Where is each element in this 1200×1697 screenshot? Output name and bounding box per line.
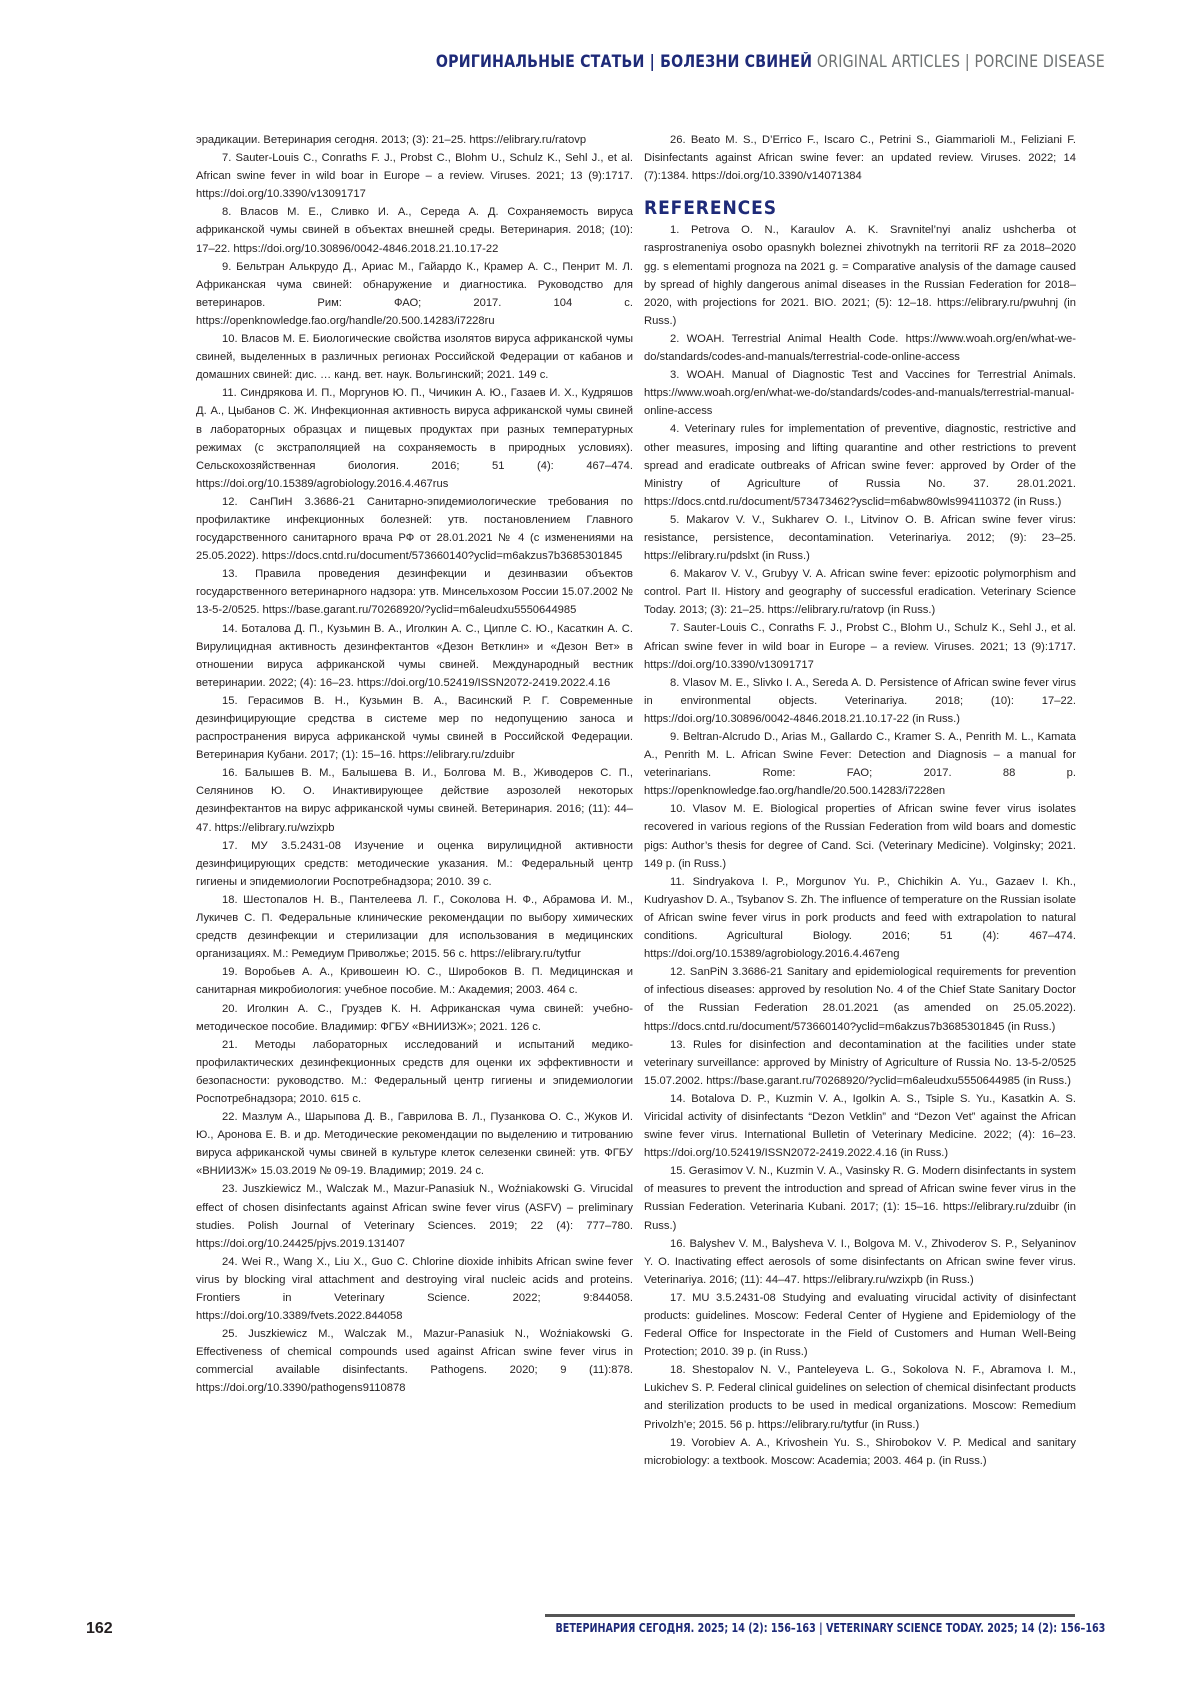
reference-item: 14. Botalova D. P., Kuzmin V. A., Igolki… xyxy=(644,1090,1076,1162)
reference-item: 9. Beltran-Alcrudo D., Arias M., Gallard… xyxy=(644,728,1076,800)
footer-divider xyxy=(545,1614,1075,1617)
reference-item: 10. Vlasov M. E. Biological properties o… xyxy=(644,800,1076,872)
reference-item: 1. Petrova O. N., Karaulov A. K. Sravnit… xyxy=(644,221,1076,330)
reference-item: 10. Власов М. Е. Биологические свойства … xyxy=(196,330,633,384)
page-number: 162 xyxy=(86,1620,113,1638)
reference-item: 19. Vorobiev A. A., Krivoshein Yu. S., S… xyxy=(644,1434,1076,1470)
reference-item: 8. Власов М. Е., Сливко И. А., Середа А.… xyxy=(196,203,633,257)
left-column: эрадикации. Ветеринария сегодня. 2013; (… xyxy=(196,131,633,1398)
reference-item: 5. Makarov V. V., Sukharev O. I., Litvin… xyxy=(644,511,1076,565)
reference-item: 16. Балышев В. М., Балышева В. И., Болго… xyxy=(196,764,633,836)
reference-item: 13. Rules for disinfection and decontami… xyxy=(644,1036,1076,1090)
reference-item: 2. WOAH. Terrestrial Animal Health Code.… xyxy=(644,330,1076,366)
reference-item: 23. Juszkiewicz M., Walczak M., Mazur-Pa… xyxy=(196,1180,633,1252)
reference-item: 17. MU 3.5.2431-08 Studying and evaluati… xyxy=(644,1289,1076,1361)
reference-item: 6. Makarov V. V., Grubyy V. A. African s… xyxy=(644,565,1076,619)
reference-item: 21. Методы лабораторных исследований и и… xyxy=(196,1036,633,1108)
header-section-ru: ОРИГИНАЛЬНЫЕ СТАТЬИ | БОЛЕЗНИ СВИНЕЙ xyxy=(436,52,812,71)
reference-item: 15. Gerasimov V. N., Kuzmin V. A., Vasin… xyxy=(644,1162,1076,1234)
header-section-en: ORIGINAL ARTICLES | PORCINE DISEASE xyxy=(817,52,1105,71)
reference-item: 14. Боталова Д. П., Кузьмин В. А., Иголк… xyxy=(196,620,633,692)
right-column: 26. Beato M. S., D’Errico F., Iscaro C.,… xyxy=(644,131,1076,1470)
reference-item: 19. Воробьев А. А., Кривошеин Ю. С., Шир… xyxy=(196,963,633,999)
reference-item: 4. Veterinary rules for implementation o… xyxy=(644,420,1076,510)
reference-item: 17. МУ 3.5.2431-08 Изучение и оценка вир… xyxy=(196,837,633,891)
reference-item: 11. Sindryakova I. P., Morgunov Yu. P., … xyxy=(644,873,1076,963)
reference-item: 16. Balyshev V. M., Balysheva V. I., Bol… xyxy=(644,1235,1076,1289)
reference-item: 12. SanPiN 3.3686-21 Sanitary and epidem… xyxy=(644,963,1076,1035)
reference-item: 9. Бельтран Алькрудо Д., Ариас М., Гайар… xyxy=(196,258,633,330)
reference-item: 24. Wei R., Wang X., Liu X., Guo C. Chlo… xyxy=(196,1253,633,1325)
reference-item: 7. Sauter-Louis C., Conraths F. J., Prob… xyxy=(196,149,633,203)
reference-item: 18. Шестопалов Н. В., Пантелеева Л. Г., … xyxy=(196,891,633,963)
reference-item: 7. Sauter-Louis C., Conraths F. J., Prob… xyxy=(644,619,1076,673)
reference-item: 15. Герасимов В. Н., Кузьмин В. А., Васи… xyxy=(196,692,633,764)
reference-item: 13. Правила проведения дезинфекции и дез… xyxy=(196,565,633,619)
running-header: ОРИГИНАЛЬНЫЕ СТАТЬИ | БОЛЕЗНИ СВИНЕЙ ORI… xyxy=(436,52,1105,71)
reference-item: 11. Синдрякова И. П., Моргунов Ю. П., Чи… xyxy=(196,384,633,493)
reference-item: 18. Shestopalov N. V., Panteleyeva L. G.… xyxy=(644,1361,1076,1433)
reference-item: 12. СанПиН 3.3686-21 Санитарно-эпидемиол… xyxy=(196,493,633,565)
reference-item: 26. Beato M. S., D’Errico F., Iscaro C.,… xyxy=(644,131,1076,185)
reference-item: 3. WOAH. Manual of Diagnostic Test and V… xyxy=(644,366,1076,420)
reference-continuation: эрадикации. Ветеринария сегодня. 2013; (… xyxy=(196,131,633,149)
references-heading: REFERENCES xyxy=(644,199,1033,217)
reference-item: 25. Juszkiewicz M., Walczak M., Mazur-Pa… xyxy=(196,1325,633,1397)
reference-item: 8. Vlasov M. E., Slivko I. A., Sereda A.… xyxy=(644,674,1076,728)
journal-citation: ВЕТЕРИНАРИЯ СЕГОДНЯ. 2025; 14 (2): 156–1… xyxy=(555,1621,1105,1635)
reference-item: 20. Иголкин А. С., Груздев К. Н. Африкан… xyxy=(196,1000,633,1036)
reference-item: 22. Мазлум А., Шарыпова Д. В., Гаврилова… xyxy=(196,1108,633,1180)
